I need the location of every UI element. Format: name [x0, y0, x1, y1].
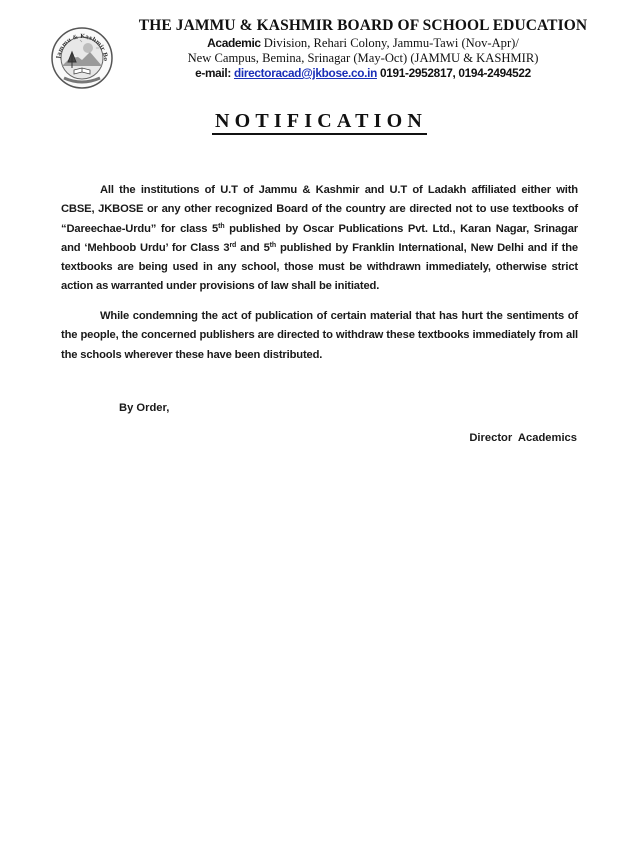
- address-line-jammu: Academic Division, Rehari Colony, Jammu-…: [120, 36, 606, 51]
- by-order: By Order,: [119, 402, 169, 414]
- contact-line: e-mail: directoracad@jkbose.co.in 0191-2…: [120, 66, 606, 81]
- notification-heading: NOTIFICATION: [212, 109, 427, 135]
- address-jammu-text: Division, Rehari Colony, Jammu-Tawi (Nov…: [261, 36, 519, 50]
- organization-title: THE JAMMU & KASHMIR BOARD OF SCHOOL EDUC…: [120, 16, 606, 36]
- paragraph-withdrawal: While condemning the act of publication …: [61, 307, 578, 365]
- paragraph-directive: All the institutions of U.T of Jammu & K…: [61, 181, 578, 297]
- notification-title: NOTIFICATION: [0, 109, 639, 135]
- email-link[interactable]: directoracad@jkbose.co.in: [234, 66, 377, 80]
- address-line-srinagar: New Campus, Bemina, Srinagar (May-Oct) (…: [120, 51, 606, 66]
- signatory: Director Academics: [469, 432, 577, 444]
- letterhead: THE JAMMU & KASHMIR BOARD OF SCHOOL EDUC…: [120, 16, 606, 81]
- p1-text-3: and 5: [236, 242, 269, 254]
- p2-text: While condemning the act of publication …: [61, 307, 578, 365]
- phone-numbers: 0191-2952817, 0194-2494522: [377, 66, 531, 80]
- address-academic-label: Academic: [207, 36, 261, 50]
- email-label: e-mail:: [195, 66, 234, 80]
- jkbose-emblem-icon: Jammu & Kashmir Board Of School Educatio…: [50, 24, 114, 92]
